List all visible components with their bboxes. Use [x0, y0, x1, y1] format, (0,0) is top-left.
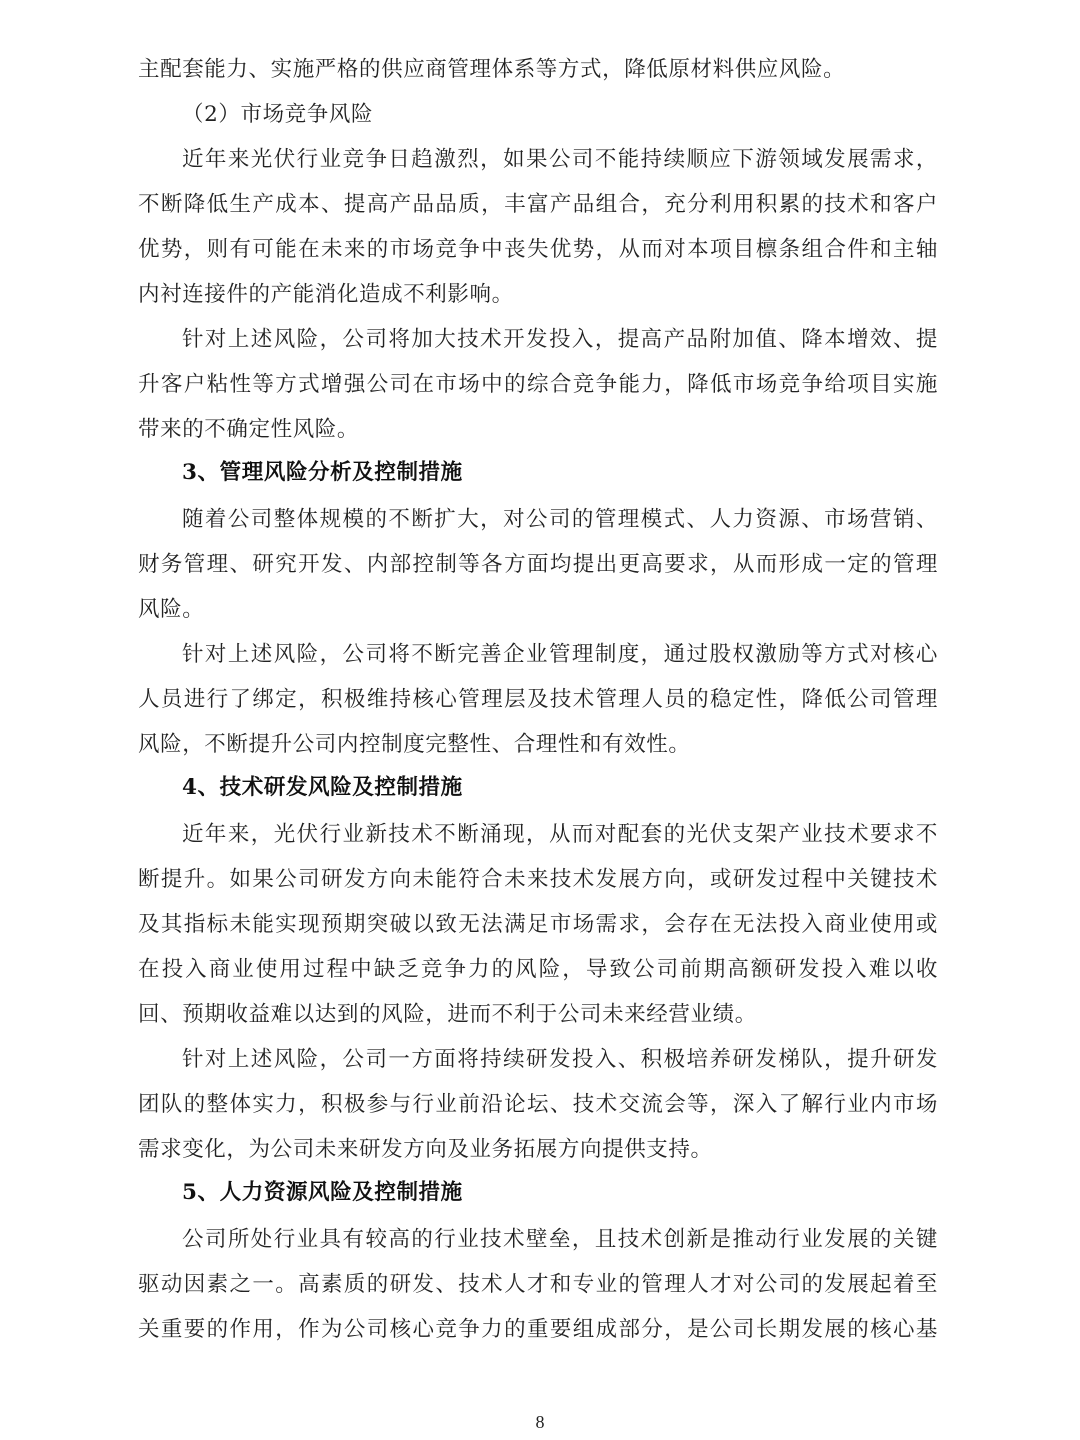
subsection-heading: （2）市场竞争风险: [182, 100, 373, 130]
paragraph-line: 不断降低生产成本、提高产品品质，丰富产品组合，充分利用积累的技术和客户: [138, 190, 938, 220]
paragraph-first-line: 近年来，光伏行业新技术不断涌现，从而对配套的光伏支架产业技术要求不: [182, 820, 938, 850]
paragraph-line: 断提升。如果公司研发方向未能符合未来技术发展方向，或研发过程中关键技术: [138, 865, 938, 895]
paragraph-last-line: 带来的不确定性风险。: [138, 415, 938, 445]
paragraph-first-line: 近年来光伏行业竞争日趋激烈，如果公司不能持续顺应下游领域发展需求，: [182, 145, 938, 175]
paragraph-line: 升客户粘性等方式增强公司在市场中的综合竞争能力，降低市场竞争给项目实施: [138, 370, 938, 400]
paragraph-line: 关重要的作用，作为公司核心竞争力的重要组成部分，是公司长期发展的核心基: [138, 1315, 938, 1345]
section-heading: 4、技术研发风险及控制措施: [182, 773, 463, 803]
paragraph-line: 人员进行了绑定，积极维持核心管理层及技术管理人员的稳定性，降低公司管理: [138, 685, 938, 715]
document-page: 主配套能力、实施严格的供应商管理体系等方式，降低原材料供应风险。（2）市场竞争风…: [0, 0, 1080, 1440]
paragraph-last-line: 风险，不断提升公司内控制度完整性、合理性和有效性。: [138, 730, 938, 760]
paragraph-last-line: 主配套能力、实施严格的供应商管理体系等方式，降低原材料供应风险。: [138, 55, 938, 85]
paragraph-first-line: 随着公司整体规模的不断扩大，对公司的管理模式、人力资源、市场营销、: [182, 505, 938, 535]
paragraph-line: 在投入商业使用过程中缺乏竞争力的风险，导致公司前期高额研发投入难以收: [138, 955, 938, 985]
paragraph-last-line: 回、预期收益难以达到的风险，进而不利于公司未来经营业绩。: [138, 1000, 938, 1030]
paragraph-first-line: 针对上述风险，公司将加大技术开发投入，提高产品附加值、降本增效、提: [182, 325, 938, 355]
page-number: 8: [0, 1412, 1080, 1433]
paragraph-line: 驱动因素之一。高素质的研发、技术人才和专业的管理人才对公司的发展起着至: [138, 1270, 938, 1300]
paragraph-last-line: 需求变化，为公司未来研发方向及业务拓展方向提供支持。: [138, 1135, 938, 1165]
section-heading: 3、管理风险分析及控制措施: [182, 458, 463, 488]
paragraph-line: 优势，则有可能在未来的市场竞争中丧失优势，从而对本项目檩条组合件和主轴: [138, 235, 938, 265]
paragraph-first-line: 公司所处行业具有较高的行业技术壁垒，且技术创新是推动行业发展的关键: [182, 1225, 938, 1255]
paragraph-line: 及其指标未能实现预期突破以致无法满足市场需求，会存在无法投入商业使用或: [138, 910, 938, 940]
paragraph-last-line: 风险。: [138, 595, 938, 625]
paragraph-first-line: 针对上述风险，公司将不断完善企业管理制度，通过股权激励等方式对核心: [182, 640, 938, 670]
paragraph-first-line: 针对上述风险，公司一方面将持续研发投入、积极培养研发梯队，提升研发: [182, 1045, 938, 1075]
paragraph-line: 财务管理、研究开发、内部控制等各方面均提出更高要求，从而形成一定的管理: [138, 550, 938, 580]
section-heading: 5、人力资源风险及控制措施: [182, 1178, 463, 1208]
paragraph-line: 团队的整体实力，积极参与行业前沿论坛、技术交流会等，深入了解行业内市场: [138, 1090, 938, 1120]
paragraph-last-line: 内衬连接件的产能消化造成不利影响。: [138, 280, 938, 310]
